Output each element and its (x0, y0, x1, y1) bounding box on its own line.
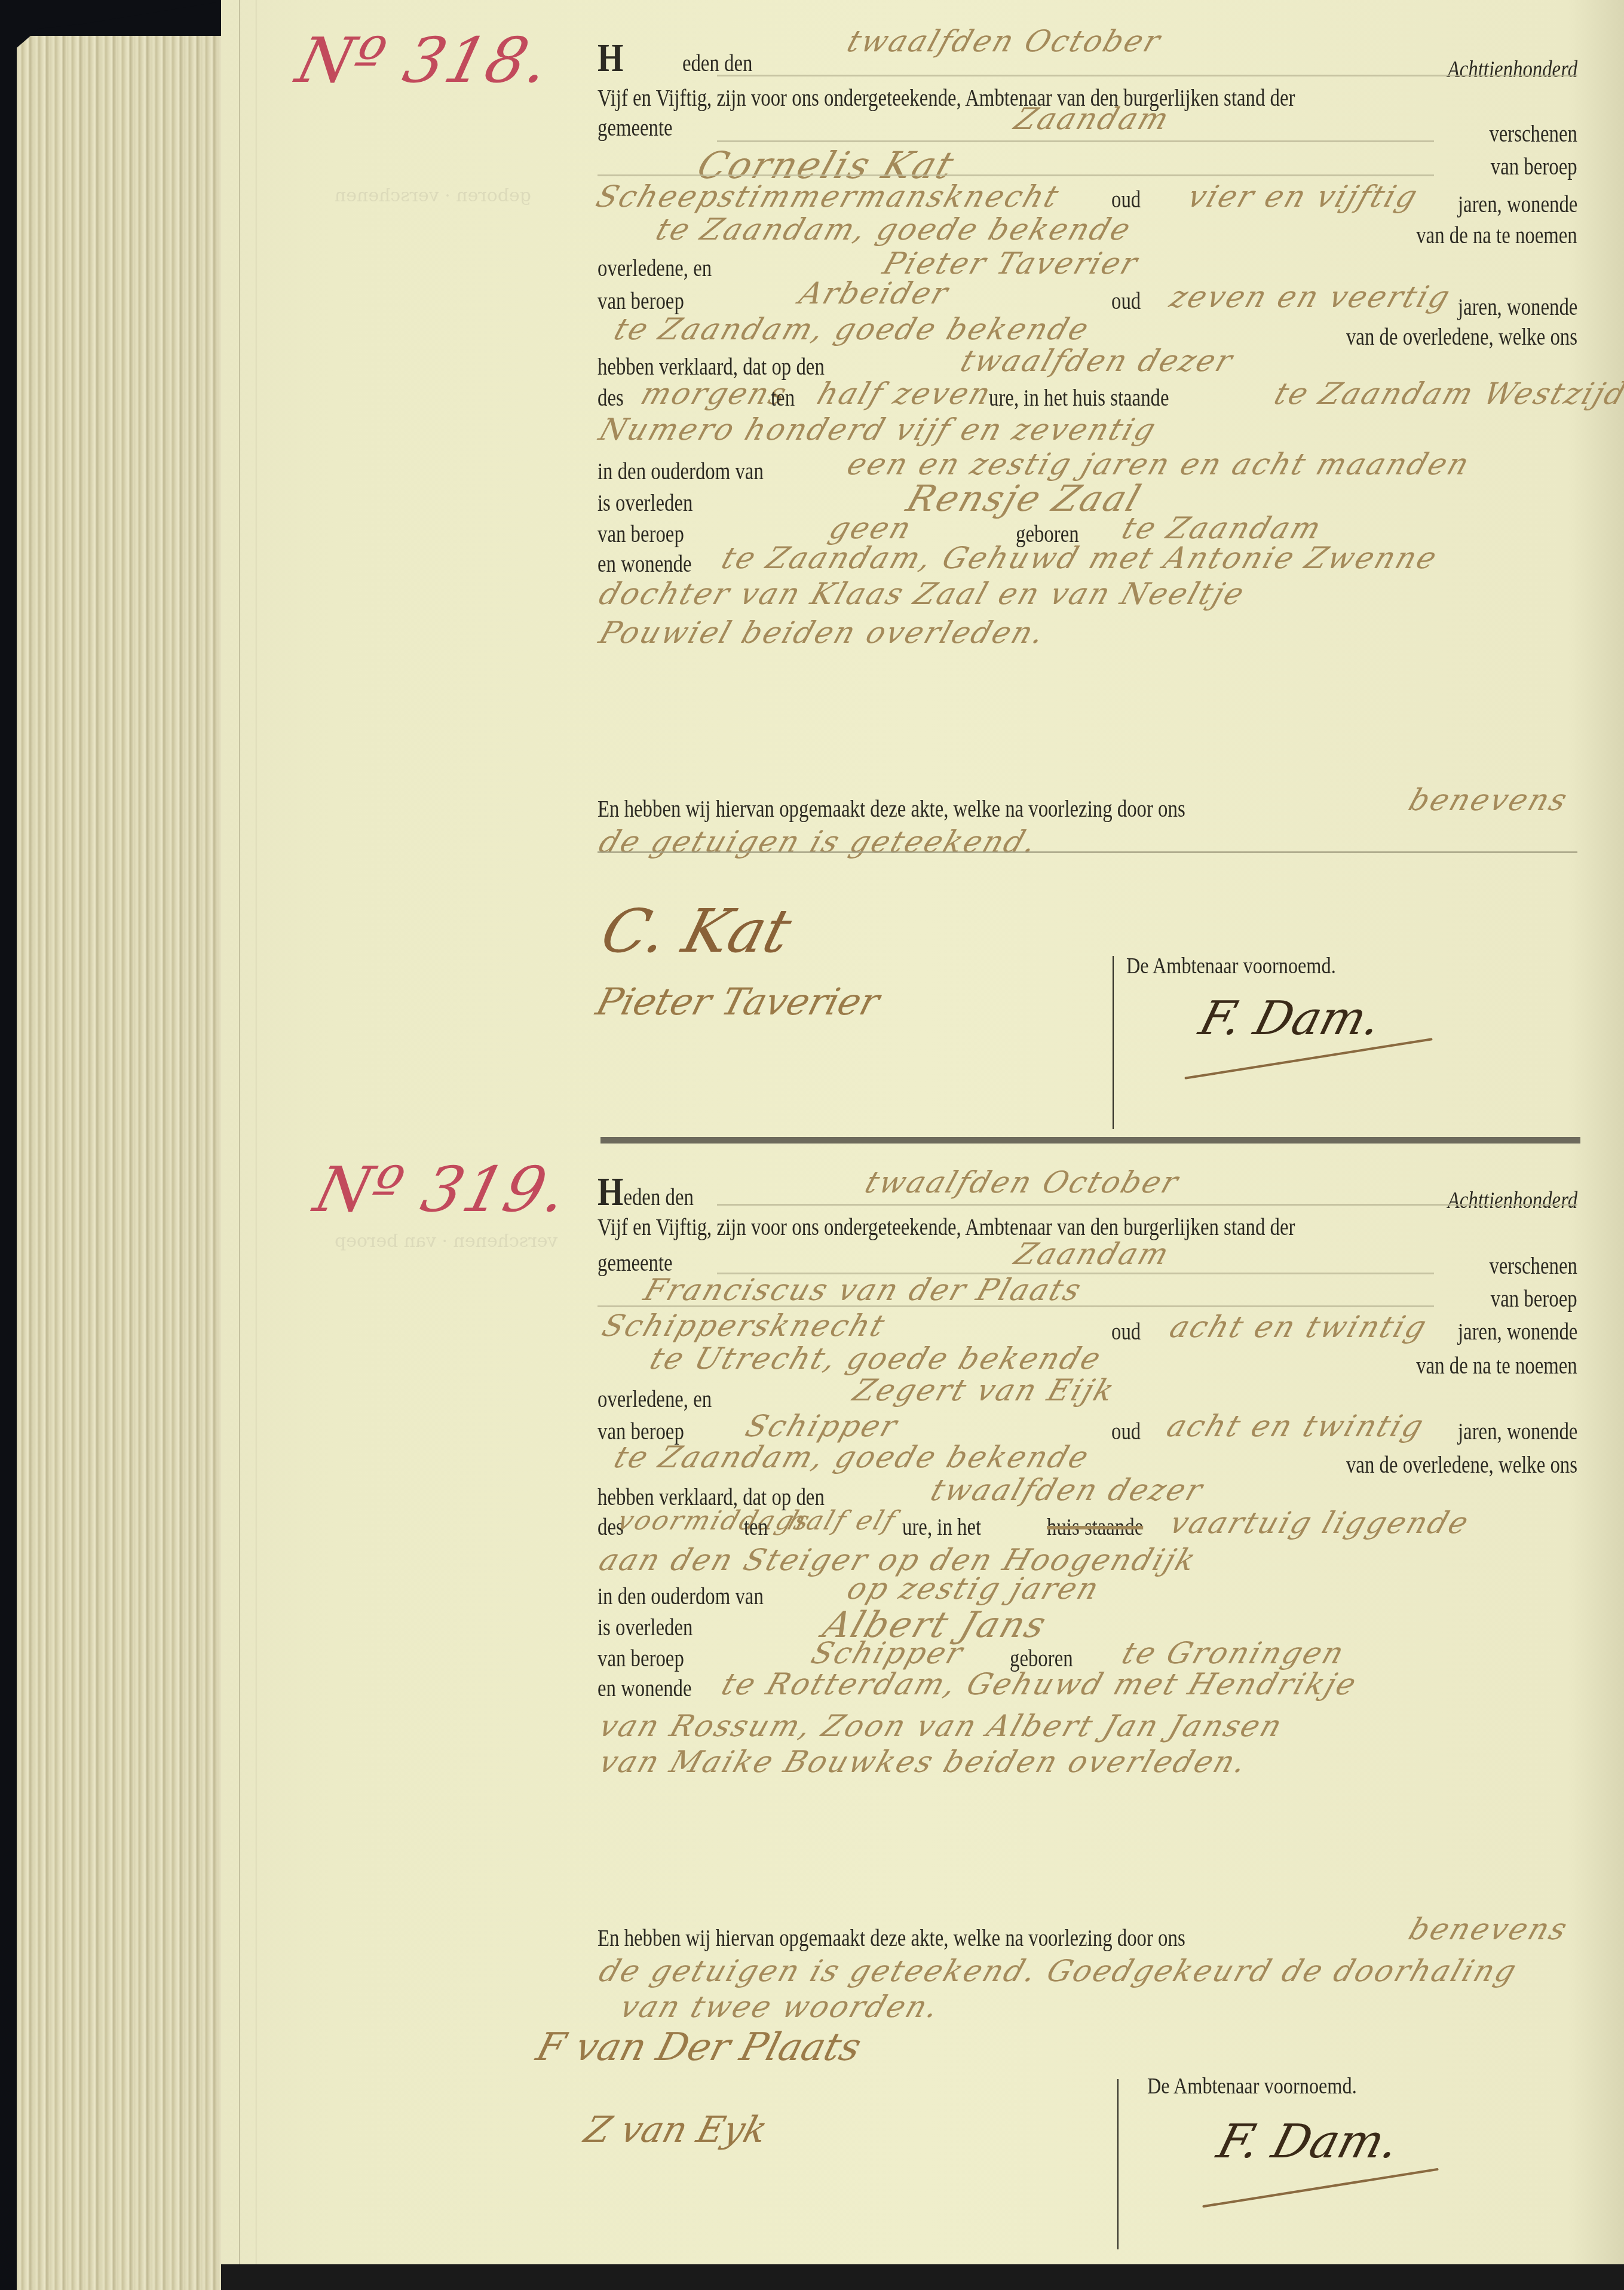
witness1-age: vier en vijftig (1184, 179, 1424, 214)
ouderdom-label: in den ouderdom van (597, 457, 764, 485)
fill-line (597, 174, 1434, 176)
gemeente-value: Zaandam (1010, 1237, 1175, 1271)
des-label: des (597, 384, 624, 412)
witness2-residence: te Zaandam, goede bekende (610, 1440, 1095, 1474)
record-date: twaalfden October (843, 24, 1166, 59)
verschenen-label: verschenen (1489, 1252, 1577, 1280)
witness1-signature: C. Kat (594, 896, 798, 966)
page-bottom-edge (221, 2264, 1624, 2290)
ure-het-label: ure, in het (902, 1513, 981, 1541)
ouderdom-label: in den ouderdom van (597, 1582, 764, 1610)
gemeente-label: gemeente (597, 114, 673, 142)
overledene-en-label: overledene, en (597, 254, 712, 282)
van-beroep-label: van beroep (597, 287, 684, 315)
record-date: twaalfden October (861, 1165, 1184, 1200)
van-de-overledene-label: van de overledene, welke ons (1346, 1451, 1577, 1479)
is-overleden-label: is overleden (597, 489, 693, 517)
achttienhonderd-label: Achttienhonderd (1448, 55, 1577, 83)
witness2-signature: Z van Eyk (580, 2109, 772, 2151)
fill-line (597, 851, 1577, 853)
fill-line (717, 1204, 1577, 1206)
witness1-occupation: Scheepstimmermansknecht (592, 179, 1065, 214)
remarks-line-2: dochter van Klaas Zaal en van Neeltje (595, 577, 1251, 611)
van-beroep-label: van beroep (1491, 1285, 1577, 1313)
van-de-na-label: van de na te noemen (1416, 221, 1577, 249)
struck-through-text: huis staande (1047, 1513, 1143, 1541)
hour: half zeven (813, 376, 997, 411)
death-day: twaalfden dezer (927, 1473, 1209, 1507)
jaren-wonende-label: jaren, wonende (1458, 1317, 1577, 1345)
deceased-occupation: Schipper (807, 1636, 969, 1670)
witness1-occupation: Schippersknecht (598, 1308, 891, 1343)
place-line-2: Numero honderd vijf en zeventig (595, 412, 1162, 447)
remarks-line-3: van Maike Bouwkes beiden overleden. (595, 1745, 1252, 1779)
age-value: op zestig jaren (843, 1571, 1105, 1606)
remarks-line-1: te Rotterdam, Gehuwd met Hendrikje (718, 1667, 1362, 1702)
closing-statement: En hebben wij hiervan opgemaakt deze akt… (597, 1924, 1185, 1952)
van-beroep-label: van beroep (1491, 152, 1577, 180)
signature-brace (1117, 2079, 1119, 2249)
margin-rule (256, 0, 256, 2290)
heden-den-label: Heden den (597, 1171, 694, 1212)
bleed-through-text: verschenen · van beroep (335, 1231, 557, 1252)
closing-hand-2: de getuigen is geteekend. Goedgekeurd de… (595, 1954, 1522, 1988)
en-wonende-label: en wonende (597, 550, 692, 578)
overledene-en-label: overledene, en (597, 1385, 712, 1413)
witness1-residence: te Utrecht, goede bekende (646, 1341, 1107, 1376)
jaren-wonende-label: jaren, wonende (1458, 190, 1577, 218)
van-de-overledene-label: van de overledene, welke ons (1346, 323, 1577, 351)
closing-hand-2: de getuigen is geteekend. (595, 824, 1043, 859)
ambtenaar-signature: F. Dam. (1212, 2115, 1405, 2169)
witness2-occupation: Schipper (741, 1409, 903, 1443)
ambtenaar-label: De Ambtenaar voornoemd. (1126, 953, 1336, 979)
van-de-na-label: van de na te noemen (1416, 1351, 1577, 1379)
witness2-name: Zegert van Eijk (849, 1373, 1120, 1408)
witness1-signature: F van Der Plaats (532, 2025, 866, 2070)
hour: half elf (784, 1506, 901, 1536)
birthplace: te Groningen (1118, 1636, 1350, 1670)
jaren-wonende-label: jaren, wonende (1458, 293, 1577, 321)
heden-den-label: HHeden deneden den (597, 37, 752, 78)
ten-label: ten (744, 1513, 768, 1541)
age-value: een en zestig jaren en acht maanden (843, 447, 1475, 482)
witness1-age: acht en twintig (1166, 1310, 1433, 1344)
record-divider (600, 1137, 1580, 1144)
ambtenaar-label: De Ambtenaar voornoemd. (1147, 2073, 1357, 2099)
witness1-residence: te Zaandam, goede bekende (652, 212, 1136, 247)
witness2-signature: Pieter Taverier (592, 980, 884, 1023)
record-number: Nº 318. (290, 24, 558, 97)
remarks-line-3: Pouwiel beiden overleden. (595, 615, 1050, 650)
oud-label: oud (1111, 1417, 1141, 1445)
closing-statement: En hebben wij hiervan opgemaakt deze akt… (597, 795, 1185, 823)
preamble-line: Vijf en Vijftig, zijn voor ons ondergete… (597, 84, 1295, 112)
place-line-1: te Zaandam Westzijde (1270, 376, 1624, 411)
oud-label: oud (1111, 1317, 1141, 1345)
gemeente-value: Zaandam (1010, 102, 1175, 136)
en-wonende-label: en wonende (597, 1674, 692, 1702)
ambtenaar-signature: F. Dam. (1194, 992, 1387, 1046)
closing-hand-1: benevens (1405, 783, 1573, 817)
bleed-through-text: geboren · verschenen (335, 185, 531, 206)
place-line-1: vaartuig liggende (1166, 1506, 1475, 1540)
preamble-line: Vijf en Vijftig, zijn voor ons ondergete… (597, 1213, 1295, 1241)
book-page-stack (17, 36, 238, 2290)
witness2-residence: te Zaandam, goede bekende (610, 312, 1095, 347)
remarks-line-1: te Zaandam, Gehuwd met Antonie Zwenne (718, 541, 1443, 575)
van-beroep-label: van beroep (597, 1644, 684, 1672)
deceased-name: Rensje Zaal (902, 478, 1147, 520)
verschenen-label: verschenen (1489, 119, 1577, 148)
van-beroep-label: van beroep (597, 520, 684, 548)
witness1-name: Franciscus van der Plaats (640, 1273, 1087, 1307)
signature-brace (1113, 956, 1114, 1129)
remarks-line-2: van Rossum, Zoon van Albert Jan Jansen (595, 1709, 1288, 1743)
fill-line (717, 140, 1434, 142)
closing-hand-3: van twee woorden. (616, 1989, 945, 2024)
closing-hand-1: benevens (1405, 1912, 1573, 1946)
achttienhonderd-label: Achttienhonderd (1448, 1186, 1577, 1214)
oud-label: oud (1111, 287, 1141, 315)
oud-label: oud (1111, 185, 1141, 213)
death-day: twaalfden dezer (957, 344, 1239, 378)
fill-line (597, 1305, 1434, 1307)
daypart: morgens (637, 376, 793, 411)
ure-huis-label: ure, in het huis staande (989, 384, 1169, 412)
record-number: Nº 319. (308, 1153, 576, 1226)
jaren-wonende-label: jaren, wonende (1458, 1417, 1577, 1445)
witness2-age: acht en twintig (1163, 1409, 1430, 1443)
fill-line (717, 75, 1577, 76)
ten-label: ten (771, 384, 795, 412)
page-edge-rule (239, 0, 240, 2290)
is-overleden-label: is overleden (597, 1613, 693, 1641)
witness2-age: zeven en veertig (1166, 280, 1456, 314)
witness2-occupation: Arbeider (795, 276, 954, 311)
